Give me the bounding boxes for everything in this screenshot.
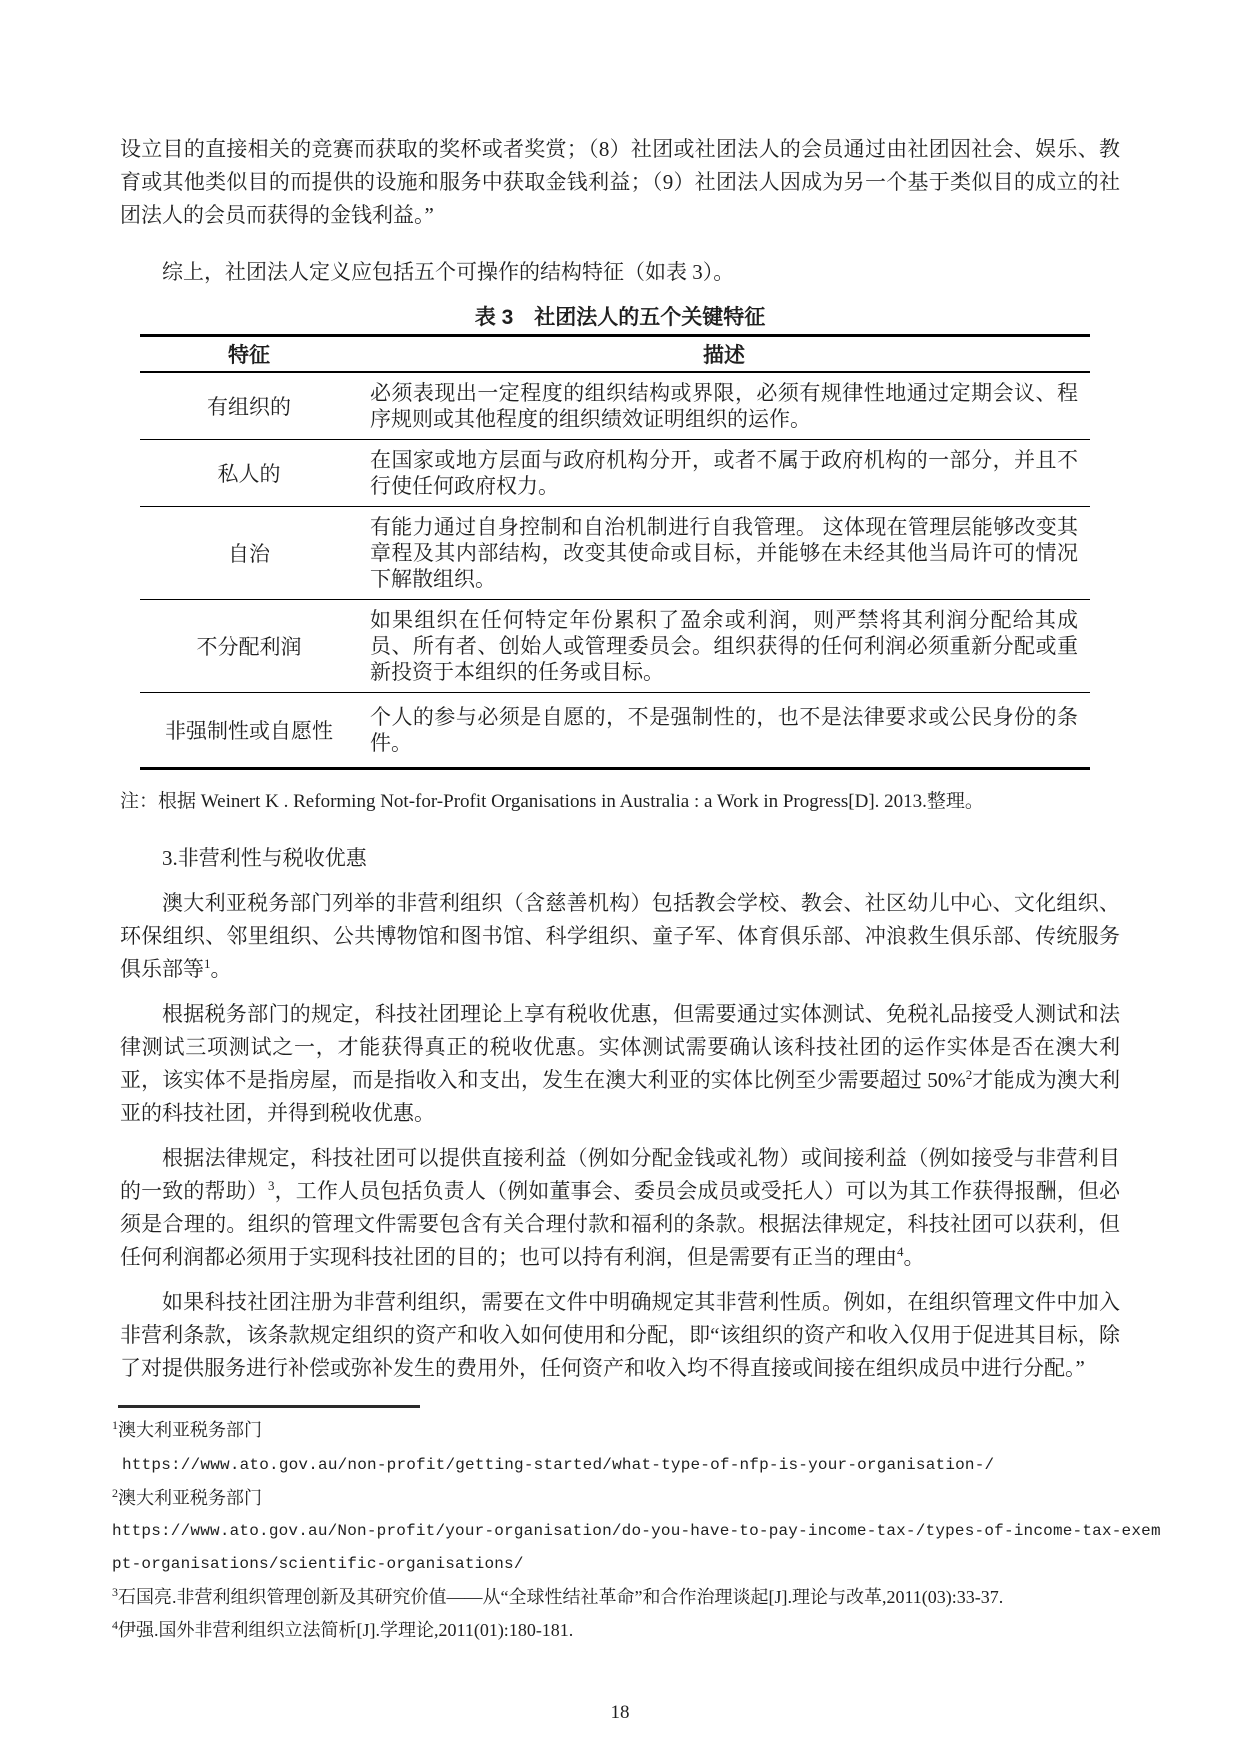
section-heading-nonprofit-tax: 3.非营利性与税收优惠 [120,842,1120,875]
document-page: 设立目的直接相关的竞赛而获取的奖杯或者奖赏；（8）社团或社团法人的会员通过由社团… [0,0,1240,1753]
feature-cell: 自治 [140,506,358,599]
footnote-3: 3石国亮.非营利组织管理创新及其研究价值——从“全球性结社革命”和合作治理谈起[… [112,1581,1130,1614]
footnote-text: 澳大利亚税务部门 [118,1420,262,1440]
feature-cell: 有组织的 [140,372,358,440]
paragraph-text: 。 [904,1245,925,1269]
description-cell: 有能力通过自身控制和自治机制进行自我管理。 这体现在管理层能够改变其章程及其内部… [358,506,1090,599]
description-cell: 个人的参与必须是自愿的，不是强制性的，也不是法律要求或公民身份的条件。 [358,692,1090,768]
footnote-text: 伊强.国外非营利组织立法简析[J].学理论,2011(01):180-181. [118,1620,573,1640]
table-header-row: 特征 描述 [140,336,1090,372]
footnote-url: https://www.ato.gov.au/non-profit/gettin… [122,1456,994,1474]
table-row: 非强制性或自愿性 个人的参与必须是自愿的，不是强制性的，也不是法律要求或公民身份… [140,692,1090,768]
footnote-text: 澳大利亚税务部门 [118,1488,262,1508]
paragraph-tax-tests: 根据税务部门的规定，科技社团理论上享有税收优惠，但需要通过实体测试、免税礼品接受… [120,998,1120,1130]
footnote-2: 2澳大利亚税务部门https://www.ato.gov.au/Non-prof… [112,1482,1130,1581]
description-cell: 必须表现出一定程度的组织结构或界限，必须有规律性地通过定期会议、程序规则或其他程… [358,372,1090,440]
paragraph-text: 。 [211,957,232,981]
column-header-description: 描述 [358,336,1090,372]
table-five-key-features: 特征 描述 有组织的 必须表现出一定程度的组织结构或界限，必须有规律性地通过定期… [140,334,1090,770]
table-row: 有组织的 必须表现出一定程度的组织结构或界限，必须有规律性地通过定期会议、程序规… [140,372,1090,440]
paragraph-benefits-rules: 根据法律规定，科技社团可以提供直接利益（例如分配金钱或礼物）或间接利益（例如接受… [120,1142,1120,1274]
footnote-1: 1澳大利亚税务部门https://www.ato.gov.au/non-prof… [112,1414,1130,1482]
footnote-area: 1澳大利亚税务部门https://www.ato.gov.au/non-prof… [112,1405,1130,1647]
feature-cell: 私人的 [140,439,358,506]
feature-cell: 不分配利润 [140,599,358,692]
paragraph-membership-benefits: 设立目的直接相关的竞赛而获取的奖杯或者奖赏；（8）社团或社团法人的会员通过由社团… [120,133,1120,232]
paragraph-nonprofit-clause: 如果科技社团注册为非营利组织，需要在文件中明确规定其非营利性质。例如，在组织管理… [120,1286,1120,1385]
paragraph-text: 澳大利亚税务部门列举的非营利组织（含慈善机构）包括教会学校、教会、社区幼儿中心、… [120,891,1120,981]
footnote-url-line: https://www.ato.gov.au/Non-profit/your-o… [112,1515,1130,1548]
page-number: 18 [0,1702,1240,1724]
table-row: 自治 有能力通过自身控制和自治机制进行自我管理。 这体现在管理层能够改变其章程及… [140,506,1090,599]
description-cell: 如果组织在任何特定年份累积了盈余或利润，则严禁将其利润分配给其成员、所有者、创始… [358,599,1090,692]
feature-cell: 非强制性或自愿性 [140,692,358,768]
paragraph-summary: 综上，社团法人定义应包括五个可操作的结构特征（如表 3）。 [120,256,1120,289]
table-row: 不分配利润 如果组织在任何特定年份累积了盈余或利润，则严禁将其利润分配给其成员、… [140,599,1090,692]
footnote-url-line: pt-organisations/scientific-organisation… [112,1548,1130,1581]
table-caption: 表 3 社团法人的五个关键特征 [120,302,1120,334]
description-cell: 在国家或地方层面与政府机构分开，或者不属于政府机构的一部分，并且不行使任何政府权… [358,439,1090,506]
table-row: 私人的 在国家或地方层面与政府机构分开，或者不属于政府机构的一部分，并且不行使任… [140,439,1090,506]
page-body: 设立目的直接相关的竞赛而获取的奖杯或者奖赏；（8）社团或社团法人的会员通过由社团… [120,133,1120,1385]
paragraph-nonprofit-orgs: 澳大利亚税务部门列举的非营利组织（含慈善机构）包括教会学校、教会、社区幼儿中心、… [120,887,1120,986]
column-header-feature: 特征 [140,336,358,372]
footnote-separator [118,1405,420,1408]
table-source-note: 注：根据 Weinert K . Reforming Not-for-Profi… [120,788,1120,816]
footnote-4: 4伊强.国外非营利组织立法简析[J].学理论,2011(01):180-181. [112,1614,1130,1647]
footnote-text: 石国亮.非营利组织管理创新及其研究价值——从“全球性结社革命”和合作治理谈起[J… [118,1587,1003,1607]
